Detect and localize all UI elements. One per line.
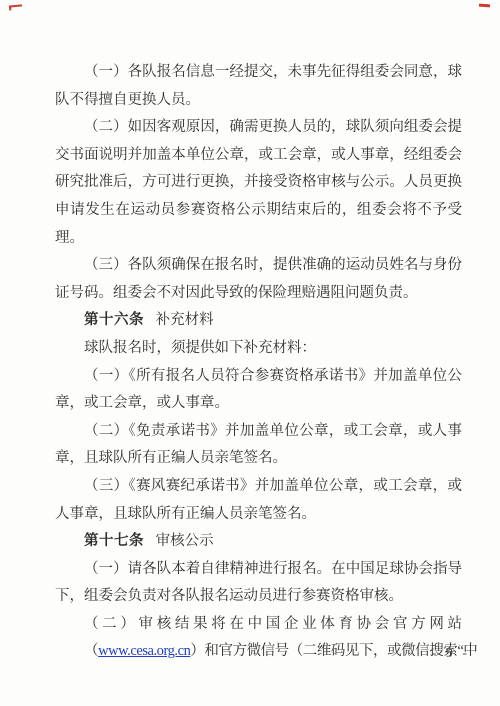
article-17-number: 第十七条	[84, 533, 144, 549]
para-accurate-id-info: （三）各队须确保在报名时，提供准确的运动员姓名与身份证号码。组委会不对因此导致的…	[55, 252, 462, 307]
article-17-title: 审核公示	[156, 533, 214, 549]
para-review-self-discipline: （一）请各队本着自律精神进行报名。在中国足球协会指导下，组委会负责对各队报名运动…	[55, 556, 462, 611]
para-replacement-procedure: （二）如因客观原因，确需更换人员的，球队须向组委会提交书面说明并加盖本单位公章，…	[55, 114, 462, 252]
para-supplement-item-1: （一）《所有报名人员符合参赛资格承诺书》并加盖单位公章，或工会章，或人事章。	[55, 363, 462, 418]
para-supplementary-intro: 球队报名时，须提供如下补充材料：	[55, 335, 462, 363]
red-scan-mark-top-right	[479, 4, 490, 8]
article-16-title: 补充材料	[156, 312, 214, 328]
open-paren: （	[84, 643, 98, 659]
para-supplement-item-2: （二）《免责承诺书》并加盖单位公章，或工会章，或人事章，且球队所有正编人员亲笔签…	[55, 418, 462, 473]
heading-article-17: 第十七条 审核公示	[55, 528, 462, 556]
para-review-results-line2: （www.cesa.org.cn）和官方微信号（二维码见下，或微信搜索“中	[55, 638, 462, 666]
para-roster-submit-rule: （一）各队报名信息一经提交，未事先征得组委会同意，球队不得擅自更换人员。	[55, 59, 462, 114]
heading-article-16: 第十六条 补充材料	[55, 307, 462, 335]
document-text-block: （一）各队报名信息一经提交，未事先征得组委会同意，球队不得擅自更换人员。 （二）…	[55, 59, 462, 666]
red-scan-mark-top-left	[9, 4, 22, 7]
para-review-results-line1: （二）审核结果将在中国企业体育协会官方网站	[55, 611, 462, 639]
document-page: （一）各队报名信息一经提交，未事先征得组委会同意，球队不得擅自更换人员。 （二）…	[0, 0, 500, 706]
para-supplement-item-3: （三）《赛风赛纪承诺书》并加盖单位公章，或工会章，或人事章，且球队所有正编人员亲…	[55, 473, 462, 528]
cesa-website-link[interactable]: www.cesa.org.cn	[98, 643, 190, 659]
article-16-number: 第十六条	[84, 312, 144, 328]
page-number: - 9 -	[432, 646, 470, 662]
